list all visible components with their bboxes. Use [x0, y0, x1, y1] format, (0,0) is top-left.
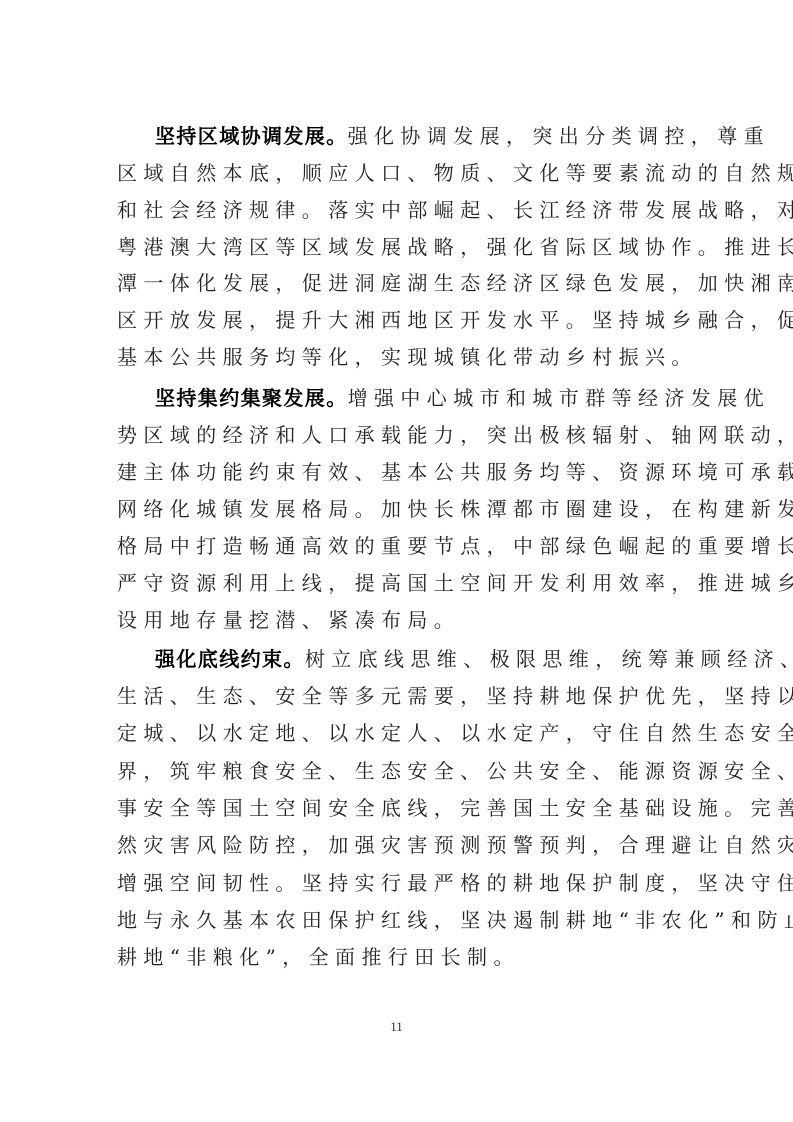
paragraph-line: 地与永久基本农田保护红线，坚决遏制耕地“非农化”和防止: [117, 905, 677, 935]
paragraph-heading: 强化底线约束。: [155, 647, 305, 671]
paragraph-line: 和社会经济规律。落实中部崛起、长江经济带发展战略，对接: [117, 195, 677, 225]
paragraph-line: 建主体功能约束有效、基本公共服务均等、资源环境可承载的: [117, 457, 677, 487]
paragraph-line: 潭一体化发展，促进洞庭湖生态经济区绿色发展，加快湘南地: [117, 268, 677, 298]
paragraph-line: 定城、以水定地、以水定人、以水定产，守住自然生态安全边: [117, 718, 677, 748]
paragraph-line: 粤港澳大湾区等区域发展战略，强化省际区域协作。推进长株: [117, 232, 677, 262]
paragraph-line: 界，筑牢粮食安全、生态安全、公共安全、能源资源安全、军: [117, 756, 677, 786]
paragraph-line: 区域自然本底，顺应人口、物质、文化等要素流动的自然规律: [117, 158, 677, 188]
paragraph-line: 严守资源利用上线，提高国土空间开发利用效率，推进城乡建: [117, 568, 677, 598]
paragraph-line: 设用地存量挖潜、紧凑布局。: [117, 605, 677, 635]
paragraph-heading: 坚持集约集聚发展。: [155, 386, 348, 410]
paragraph-line: 基本公共服务均等化，实现城镇化带动乡村振兴。: [117, 342, 677, 372]
paragraph-line: 强化底线约束。树立底线思维、极限思维，统筹兼顾经济、: [155, 644, 715, 674]
paragraph-line: 网络化城镇发展格局。加快长株潭都市圈建设，在构建新发展: [117, 494, 677, 524]
paragraph-line: 耕地“非粮化”，全面推行田长制。: [117, 942, 677, 972]
paragraph-line: 格局中打造畅通高效的重要节点，中部绿色崛起的重要增长极。: [117, 531, 677, 561]
paragraph-line: 事安全等国土空间安全底线，完善国土安全基础设施。完善自: [117, 793, 677, 823]
page-number: 11: [0, 1019, 793, 1035]
paragraph-line: 生活、生态、安全等多元需要，坚持耕地保护优先，坚持以水: [117, 681, 677, 711]
document-page: 坚持区域协调发展。强化协调发展，突出分类调控，尊重 区域自然本底，顺应人口、物质…: [0, 0, 793, 1122]
paragraph-line: 然灾害风险防控，加强灾害预测预警预判，合理避让自然灾害。: [117, 830, 677, 860]
paragraph-line: 坚持区域协调发展。强化协调发展，突出分类调控，尊重: [155, 121, 715, 151]
paragraph-line: 势区域的经济和人口承载能力，突出极核辐射、轴网联动，构: [117, 420, 677, 450]
paragraph-line: 坚持集约集聚发展。增强中心城市和城市群等经济发展优: [155, 383, 715, 413]
paragraph-heading: 坚持区域协调发展。: [155, 124, 348, 148]
paragraph-line: 区开放发展，提升大湘西地区开发水平。坚持城乡融合，促进: [117, 305, 677, 335]
paragraph-line: 增强空间韧性。坚持实行最严格的耕地保护制度，坚决守住耕: [117, 868, 677, 898]
